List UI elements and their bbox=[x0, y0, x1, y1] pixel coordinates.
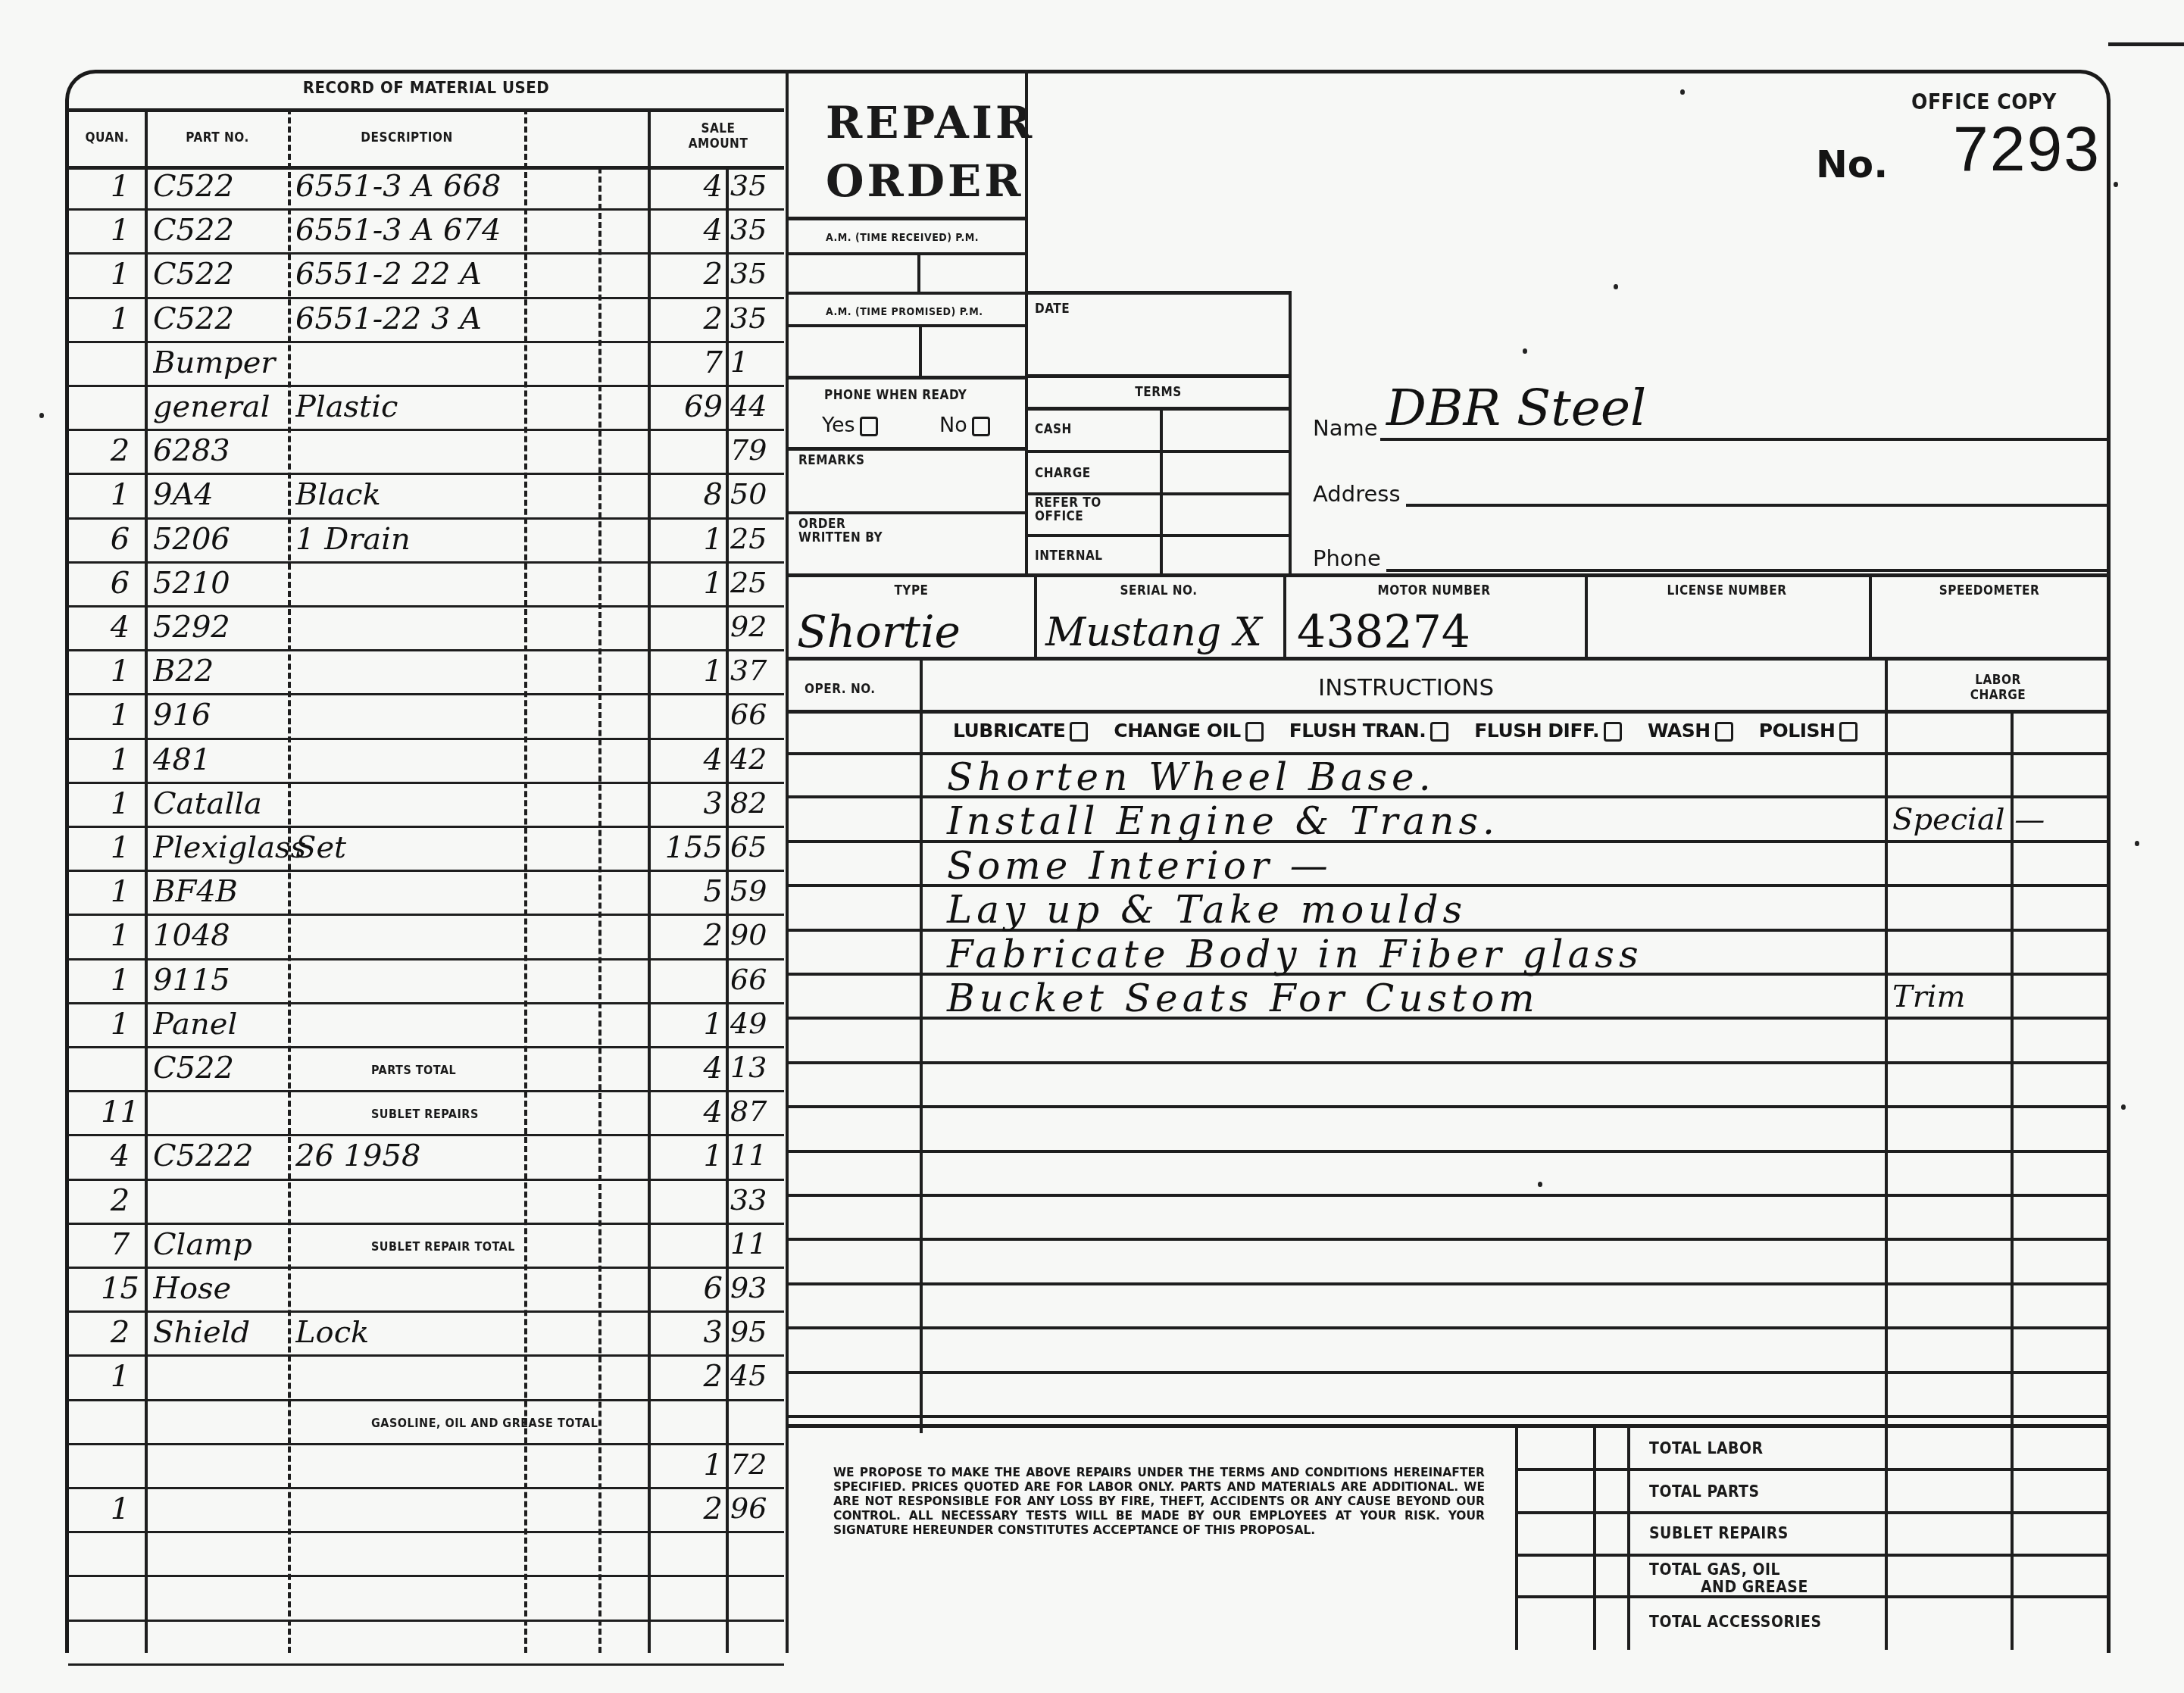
material-quan[interactable]: 6 bbox=[82, 566, 158, 601]
scan-speck bbox=[1680, 89, 1685, 95]
service-label: WASH bbox=[1648, 720, 1711, 742]
material-part[interactable]: 1048 bbox=[153, 918, 373, 953]
material-row[interactable]: Bumper71 bbox=[68, 344, 784, 388]
material-part[interactable]: 5210 bbox=[153, 566, 373, 601]
scan-speck bbox=[2114, 182, 2118, 187]
material-row[interactable]: 233 bbox=[68, 1182, 784, 1226]
total-gas-label-2: AND GREASE bbox=[1701, 1578, 1808, 1596]
material-desc: PARTS TOTAL bbox=[371, 1063, 674, 1077]
divider bbox=[1026, 291, 1290, 295]
motor-number-label: MOTOR NUMBER bbox=[1283, 583, 1585, 598]
order-written-by-label: ORDER WRITTEN BY bbox=[798, 517, 912, 545]
material-row[interactable]: 1245 bbox=[68, 1357, 784, 1401]
instruction-row-divider bbox=[789, 1105, 2110, 1108]
material-part[interactable]: Hose bbox=[153, 1271, 373, 1306]
service-checkbox[interactable] bbox=[1070, 722, 1088, 742]
form-title-order: ORDER bbox=[826, 155, 1023, 207]
instruction-text[interactable]: Shorten Wheel Base. bbox=[947, 755, 1436, 799]
material-desc[interactable]: 6551-2 22 A bbox=[295, 257, 598, 292]
column-line bbox=[1025, 70, 1028, 573]
material-desc[interactable]: Plastic bbox=[295, 389, 598, 424]
column-line bbox=[1885, 657, 1888, 1650]
customer-phone-label: Phone bbox=[1313, 545, 1381, 571]
material-dollars[interactable]: 5 bbox=[648, 874, 723, 909]
material-dollars[interactable]: 2 bbox=[648, 1359, 723, 1394]
service-option-change-oil[interactable]: CHANGE OIL bbox=[1114, 720, 1263, 742]
material-row[interactable]: 1Panel149 bbox=[68, 1005, 784, 1049]
material-part[interactable]: Catalla bbox=[153, 786, 373, 821]
instruction-text[interactable]: Lay up & Take moulds bbox=[947, 888, 1467, 932]
material-dollars[interactable]: 1 bbox=[648, 566, 723, 601]
material-quan[interactable]: 15 bbox=[82, 1271, 158, 1306]
material-quan[interactable]: 1 bbox=[82, 742, 158, 777]
material-quan[interactable]: 1 bbox=[82, 654, 158, 689]
material-quan[interactable]: 1 bbox=[82, 257, 158, 292]
material-part[interactable]: 9115 bbox=[153, 963, 373, 998]
material-cents[interactable]: 50 bbox=[730, 477, 783, 511]
material-desc[interactable]: 26 1958 bbox=[295, 1139, 598, 1173]
material-cents[interactable]: 35 bbox=[730, 169, 783, 202]
terms-label: TERMS bbox=[1026, 385, 1290, 400]
instruction-row-divider bbox=[789, 1371, 2110, 1374]
material-row[interactable]: 4C522226 1958111 bbox=[68, 1137, 784, 1181]
customer-name-value[interactable]: DBR Steel bbox=[1386, 379, 1646, 437]
column-line bbox=[920, 657, 923, 1433]
material-desc: GASOLINE, OIL AND GREASE TOTAL bbox=[371, 1416, 674, 1430]
no-label: No bbox=[939, 414, 967, 437]
material-dollars[interactable]: 8 bbox=[648, 477, 723, 512]
divider bbox=[1026, 534, 1290, 537]
material-desc[interactable]: Set bbox=[295, 830, 598, 865]
divider bbox=[789, 376, 1025, 380]
material-cents[interactable]: 92 bbox=[730, 610, 783, 643]
material-row[interactable]: 2628379 bbox=[68, 432, 784, 476]
remarks-label: REMARKS bbox=[798, 453, 864, 468]
material-part[interactable]: 916 bbox=[153, 698, 373, 732]
material-part[interactable]: C522 bbox=[153, 1051, 373, 1085]
material-row[interactable]: 15Hose693 bbox=[68, 1270, 784, 1313]
material-dollars[interactable]: 4 bbox=[648, 1051, 723, 1085]
labor-charge-label: LABOR CHARGE bbox=[1888, 673, 2108, 703]
material-quan[interactable]: 1 bbox=[82, 477, 158, 512]
service-label: FLUSH DIFF. bbox=[1474, 720, 1599, 742]
material-part[interactable]: 6283 bbox=[153, 433, 373, 468]
material-row[interactable]: 11SUBLET REPAIRS487 bbox=[68, 1093, 784, 1137]
material-row[interactable]: GASOLINE, OIL AND GREASE TOTAL bbox=[68, 1402, 784, 1446]
material-cents[interactable]: 25 bbox=[730, 566, 783, 599]
material-row[interactable]: 191666 bbox=[68, 696, 784, 740]
divider bbox=[789, 573, 2110, 577]
divider bbox=[789, 447, 1025, 451]
row-divider bbox=[68, 1575, 784, 1577]
scan-speck bbox=[1523, 348, 1527, 354]
scan-speck bbox=[39, 413, 44, 418]
material-part[interactable]: Clamp bbox=[153, 1227, 373, 1262]
material-part[interactable]: BF4B bbox=[153, 874, 373, 909]
material-quan[interactable]: 1 bbox=[82, 1492, 158, 1526]
material-cents[interactable]: 79 bbox=[730, 433, 783, 467]
service-label: CHANGE OIL bbox=[1114, 720, 1240, 742]
material-cents[interactable]: 35 bbox=[730, 301, 783, 335]
material-row[interactable]: 1PlexiglassSet15565 bbox=[68, 829, 784, 873]
material-row[interactable]: 1C5226551-3 A 668435 bbox=[68, 167, 784, 211]
material-cents[interactable]: 95 bbox=[730, 1315, 783, 1348]
material-quan[interactable]: 1 bbox=[82, 918, 158, 953]
divider bbox=[1515, 1595, 2110, 1598]
service-option-lubricate[interactable]: LUBRICATE bbox=[953, 720, 1088, 742]
customer-address-label: Address bbox=[1313, 481, 1401, 507]
instruction-text[interactable]: Install Engine & Trans. bbox=[947, 799, 1499, 843]
column-line bbox=[1515, 1424, 1518, 1650]
material-dollars[interactable]: 155 bbox=[648, 830, 723, 865]
instruction-row-divider bbox=[789, 1326, 2110, 1329]
material-row[interactable]: 2ShieldLock395 bbox=[68, 1313, 784, 1357]
material-cents[interactable]: 66 bbox=[730, 698, 783, 731]
material-quan[interactable]: 11 bbox=[82, 1095, 158, 1129]
type-value[interactable]: Shortie bbox=[797, 606, 961, 658]
material-row[interactable]: 65210125 bbox=[68, 564, 784, 608]
phone-ready-no[interactable]: No bbox=[939, 414, 990, 437]
material-row[interactable]: 7ClampSUBLET REPAIR TOTAL11 bbox=[68, 1226, 784, 1270]
material-dollars[interactable]: 6 bbox=[648, 1271, 723, 1306]
divider bbox=[789, 292, 1025, 295]
material-dollars[interactable]: 1 bbox=[648, 654, 723, 689]
labor-charge-value[interactable]: Special — bbox=[1892, 802, 2045, 837]
form-title-repair: REPAIR bbox=[826, 97, 1035, 148]
material-row[interactable]: 172 bbox=[68, 1446, 784, 1490]
material-cents[interactable]: 11 bbox=[730, 1227, 783, 1260]
oper-no-label: OPER. NO. bbox=[805, 682, 876, 697]
material-cents[interactable]: 13 bbox=[730, 1051, 783, 1084]
material-cents[interactable]: 59 bbox=[730, 874, 783, 907]
material-quan[interactable]: 1 bbox=[82, 213, 158, 248]
instructions-title: INSTRUCTIONS bbox=[1318, 674, 1494, 701]
scan-speck bbox=[1614, 284, 1618, 289]
type-label: TYPE bbox=[789, 583, 1034, 598]
material-desc[interactable]: Black bbox=[295, 477, 598, 512]
labor-charge-value[interactable]: Trim bbox=[1892, 979, 1966, 1014]
instruction-row-divider bbox=[789, 1194, 2110, 1197]
divider bbox=[1026, 450, 1290, 453]
material-row[interactable]: 1B22137 bbox=[68, 652, 784, 696]
service-checkboxes: LUBRICATECHANGE OILFLUSH TRAN.FLUSH DIFF… bbox=[953, 720, 1883, 742]
material-dollars[interactable]: 2 bbox=[648, 257, 723, 292]
yes-checkbox[interactable] bbox=[860, 417, 878, 436]
address-underline[interactable] bbox=[1406, 504, 2110, 507]
material-quan[interactable]: 1 bbox=[82, 698, 158, 732]
material-cents[interactable]: 72 bbox=[730, 1448, 783, 1481]
column-line bbox=[917, 252, 920, 292]
service-label: FLUSH TRAN. bbox=[1289, 720, 1426, 742]
material-part[interactable]: Bumper bbox=[153, 345, 373, 380]
no-checkbox[interactable] bbox=[972, 417, 990, 436]
order-number: 7293 bbox=[1953, 112, 2101, 186]
material-cents[interactable]: 35 bbox=[730, 257, 783, 290]
material-cents[interactable]: 66 bbox=[730, 963, 783, 996]
material-dollars[interactable]: 1 bbox=[648, 1139, 723, 1173]
service-checkbox[interactable] bbox=[1839, 722, 1857, 742]
customer-name-label: Name bbox=[1313, 415, 1378, 441]
instruction-text[interactable]: Fabricate Body in Fiber glass bbox=[947, 932, 1643, 976]
divider bbox=[789, 657, 2110, 661]
material-dollars[interactable]: 2 bbox=[648, 918, 723, 953]
material-row[interactable]: 11048290 bbox=[68, 917, 784, 961]
serial-label: SERIAL NO. bbox=[1034, 583, 1283, 598]
name-underline bbox=[1380, 438, 2110, 441]
scan-speck bbox=[1538, 1182, 1542, 1187]
material-dollars[interactable]: 1 bbox=[648, 1448, 723, 1482]
material-quan[interactable]: 1 bbox=[82, 1359, 158, 1394]
column-line bbox=[919, 324, 922, 377]
material-row[interactable]: generalPlastic6944 bbox=[68, 388, 784, 432]
divider bbox=[789, 324, 1025, 327]
instruction-text[interactable]: Bucket Seats For Custom bbox=[947, 976, 1539, 1020]
material-part[interactable]: 5292 bbox=[153, 610, 373, 645]
service-checkbox[interactable] bbox=[1430, 722, 1448, 742]
material-row[interactable]: 1296 bbox=[68, 1490, 784, 1534]
total-parts-label: TOTAL PARTS bbox=[1649, 1482, 1760, 1501]
service-option-polish[interactable]: POLISH bbox=[1759, 720, 1858, 742]
material-quan[interactable]: 4 bbox=[82, 1139, 158, 1173]
column-line bbox=[1593, 1424, 1596, 1650]
material-dollars[interactable]: 1 bbox=[648, 1007, 723, 1042]
time-received-label: A.M. (TIME RECEIVED) P.M. bbox=[826, 232, 979, 244]
column-header-part-no: PART NO. bbox=[146, 130, 289, 145]
material-row[interactable]: 1C5226551-22 3 A235 bbox=[68, 300, 784, 344]
column-line bbox=[1627, 1424, 1630, 1650]
column-header-quan: QUAN. bbox=[68, 130, 146, 145]
material-row[interactable]: 1911566 bbox=[68, 961, 784, 1005]
sublet-repairs-label: SUBLET REPAIRS bbox=[1649, 1524, 1789, 1542]
service-label: POLISH bbox=[1759, 720, 1836, 742]
material-cents[interactable]: 37 bbox=[730, 654, 783, 687]
service-option-wash[interactable]: WASH bbox=[1648, 720, 1733, 742]
material-section-title: RECORD OF MATERIAL USED bbox=[65, 79, 787, 98]
office-copy-label: OFFICE COPY bbox=[1911, 89, 2057, 114]
divider bbox=[68, 108, 784, 112]
material-cents[interactable]: 44 bbox=[730, 389, 783, 423]
material-quan[interactable]: 1 bbox=[82, 963, 158, 998]
material-dollars[interactable]: 4 bbox=[648, 742, 723, 777]
order-number-label: No. bbox=[1816, 142, 1888, 186]
material-dollars[interactable]: 69 bbox=[648, 389, 723, 424]
speedometer-label: SPEEDOMETER bbox=[1869, 583, 2110, 598]
instruction-row-divider bbox=[789, 1061, 2110, 1064]
yes-label: Yes bbox=[822, 414, 855, 437]
material-quan[interactable]: 1 bbox=[82, 1007, 158, 1042]
material-cents[interactable]: 42 bbox=[730, 742, 783, 776]
license-number-label: LICENSE NUMBER bbox=[1585, 583, 1869, 598]
material-row[interactable]: C522PARTS TOTAL413 bbox=[68, 1049, 784, 1093]
material-desc: SUBLET REPAIR TOTAL bbox=[371, 1239, 674, 1254]
column-line bbox=[1289, 291, 1292, 573]
divider bbox=[1026, 374, 1290, 378]
total-accessories-label: TOTAL ACCESSORIES bbox=[1649, 1613, 1822, 1631]
column-header-description: DESCRIPTION bbox=[289, 130, 525, 145]
service-checkbox[interactable] bbox=[1245, 722, 1264, 742]
material-quan[interactable]: 2 bbox=[82, 1315, 158, 1350]
material-quan[interactable]: 1 bbox=[82, 786, 158, 821]
material-cents[interactable]: 45 bbox=[730, 1359, 783, 1392]
material-cents[interactable]: 65 bbox=[730, 830, 783, 864]
material-desc[interactable]: 1 Drain bbox=[295, 522, 598, 557]
motor-number-value[interactable]: 438274 bbox=[1297, 606, 1470, 659]
material-desc[interactable]: 6551-22 3 A bbox=[295, 301, 598, 336]
divider bbox=[789, 252, 1025, 255]
row-divider bbox=[68, 1663, 784, 1666]
material-cents[interactable]: 11 bbox=[730, 1139, 783, 1172]
material-row[interactable]: 652061 Drain125 bbox=[68, 520, 784, 564]
service-checkbox[interactable] bbox=[1715, 722, 1733, 742]
material-dollars[interactable]: 4 bbox=[648, 213, 723, 248]
material-desc[interactable]: 6551-3 A 668 bbox=[295, 169, 598, 204]
column-line bbox=[1160, 407, 1163, 573]
date-label: DATE bbox=[1035, 301, 1070, 317]
divider bbox=[1515, 1468, 2110, 1471]
material-quan[interactable]: 1 bbox=[82, 169, 158, 204]
material-cents[interactable]: 1 bbox=[730, 345, 783, 379]
divider bbox=[789, 1424, 2110, 1428]
material-part[interactable]: B22 bbox=[153, 654, 373, 689]
phone-underline[interactable] bbox=[1386, 569, 2110, 572]
material-cents[interactable]: 96 bbox=[730, 1492, 783, 1525]
material-row[interactable]: 1BF4B559 bbox=[68, 873, 784, 917]
service-option-flush-tran[interactable]: FLUSH TRAN. bbox=[1289, 720, 1449, 742]
divider bbox=[789, 511, 1025, 514]
material-quan[interactable]: 7 bbox=[82, 1227, 158, 1262]
material-dollars[interactable]: 7 bbox=[648, 345, 723, 380]
scan-speck bbox=[2135, 841, 2139, 846]
divider bbox=[1515, 1554, 2110, 1557]
service-label: LUBRICATE bbox=[953, 720, 1065, 742]
material-desc[interactable]: Lock bbox=[295, 1315, 598, 1350]
material-row[interactable]: 19A4Black850 bbox=[68, 476, 784, 520]
terms-internal[interactable]: INTERNAL bbox=[1035, 548, 1103, 564]
column-header-sale-amount: SALE AMOUNT bbox=[649, 121, 787, 151]
material-dollars[interactable]: 4 bbox=[648, 1095, 723, 1129]
instruction-row-divider bbox=[789, 1415, 2110, 1418]
scan-speck bbox=[2121, 1104, 2126, 1110]
terms-refer-to-office[interactable]: REFER TO OFFICE bbox=[1035, 496, 1148, 523]
terms-cash[interactable]: CASH bbox=[1035, 422, 1072, 437]
material-dollars[interactable]: 1 bbox=[648, 522, 723, 557]
service-checkbox[interactable] bbox=[1604, 722, 1622, 742]
material-cents[interactable]: 82 bbox=[730, 786, 783, 820]
instruction-text[interactable]: Some Interior — bbox=[947, 844, 1333, 888]
material-quan[interactable]: 2 bbox=[82, 433, 158, 468]
material-cents[interactable]: 87 bbox=[730, 1095, 783, 1128]
material-dollars[interactable]: 4 bbox=[648, 169, 723, 204]
divider bbox=[789, 217, 1025, 220]
terms-charge[interactable]: CHARGE bbox=[1035, 466, 1091, 481]
material-row[interactable]: 1Catalla382 bbox=[68, 785, 784, 829]
material-desc[interactable]: 6551-3 A 674 bbox=[295, 213, 598, 248]
material-cents[interactable]: 33 bbox=[730, 1183, 783, 1217]
material-quan[interactable]: 2 bbox=[82, 1183, 158, 1218]
divider bbox=[1515, 1511, 2110, 1514]
material-cents[interactable]: 93 bbox=[730, 1271, 783, 1304]
material-row[interactable]: 1481442 bbox=[68, 741, 784, 785]
serial-value[interactable]: Mustang X bbox=[1045, 610, 1262, 655]
total-labor-label: TOTAL LABOR bbox=[1649, 1439, 1764, 1457]
time-promised-label: A.M. (TIME PROMISED) P.M. bbox=[826, 306, 983, 318]
material-desc: SUBLET REPAIRS bbox=[371, 1107, 674, 1121]
material-dollars[interactable]: 2 bbox=[648, 301, 723, 336]
material-quan[interactable]: 4 bbox=[82, 610, 158, 645]
material-quan[interactable]: 1 bbox=[82, 830, 158, 865]
material-cents[interactable]: 35 bbox=[730, 213, 783, 246]
column-line bbox=[2011, 710, 2014, 1650]
material-quan[interactable]: 1 bbox=[82, 301, 158, 336]
material-row[interactable]: 1C5226551-2 22 A235 bbox=[68, 255, 784, 299]
material-quan[interactable]: 1 bbox=[82, 874, 158, 909]
page-edge-mark bbox=[2108, 42, 2184, 46]
divider bbox=[1026, 407, 1290, 411]
material-part[interactable]: 481 bbox=[153, 742, 373, 777]
material-cents[interactable]: 25 bbox=[730, 522, 783, 555]
instruction-row-divider bbox=[789, 1238, 2110, 1241]
phone-when-ready-label: PHONE WHEN READY bbox=[824, 388, 967, 403]
total-gas-label-1: TOTAL GAS, OIL bbox=[1649, 1560, 1780, 1579]
phone-ready-yes[interactable]: Yes bbox=[822, 414, 878, 437]
material-cents[interactable]: 90 bbox=[730, 918, 783, 951]
row-divider bbox=[68, 1620, 784, 1622]
divider bbox=[789, 710, 2110, 714]
disclaimer-text: WE PROPOSE TO MAKE THE ABOVE REPAIRS UND… bbox=[833, 1466, 1485, 1538]
instruction-row-divider bbox=[789, 1150, 2110, 1153]
material-part[interactable]: Panel bbox=[153, 1007, 373, 1042]
material-dollars[interactable]: 3 bbox=[648, 786, 723, 821]
material-dollars[interactable]: 3 bbox=[648, 1315, 723, 1350]
material-quan[interactable]: 6 bbox=[82, 522, 158, 557]
material-dollars[interactable]: 2 bbox=[648, 1492, 723, 1526]
service-option-flush-diff[interactable]: FLUSH DIFF. bbox=[1474, 720, 1622, 742]
material-cents[interactable]: 49 bbox=[730, 1007, 783, 1040]
instruction-row-divider bbox=[789, 1282, 2110, 1285]
material-row[interactable]: 1C5226551-3 A 674435 bbox=[68, 211, 784, 255]
material-row[interactable]: 4529292 bbox=[68, 608, 784, 652]
